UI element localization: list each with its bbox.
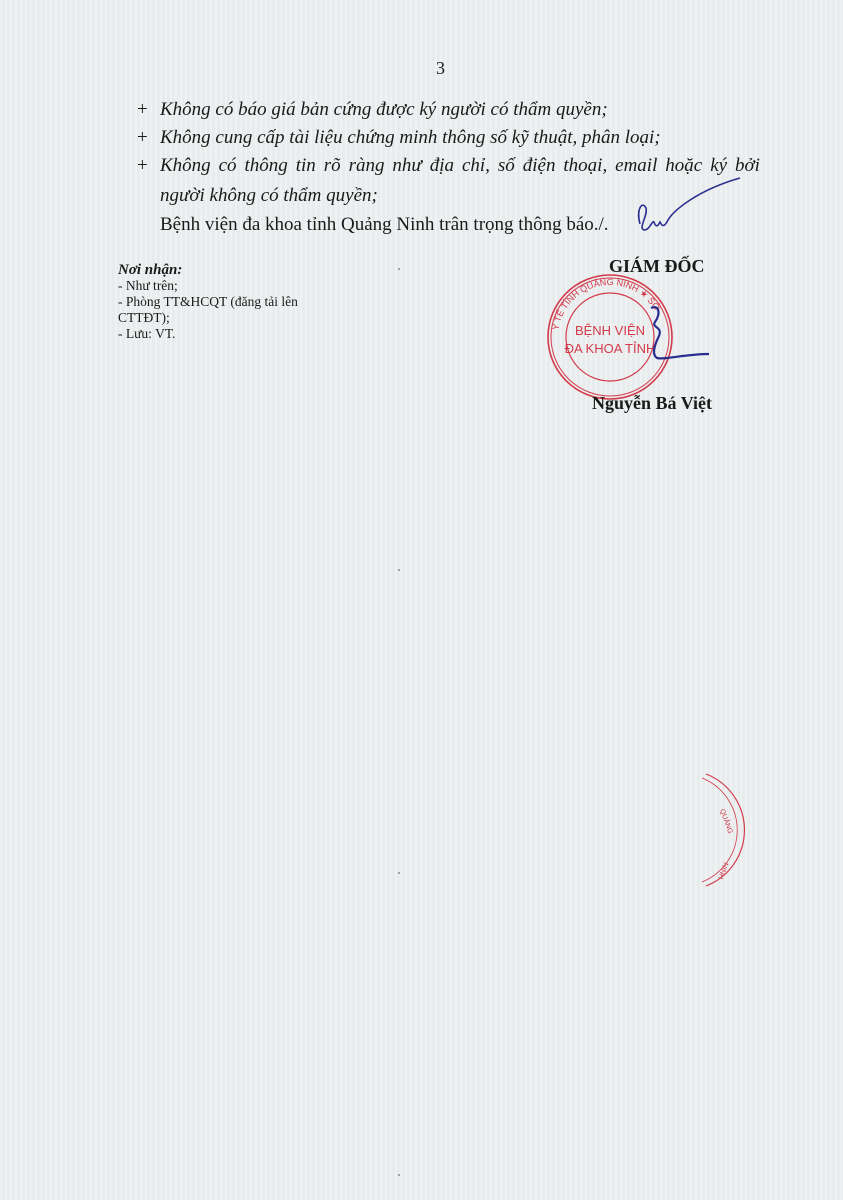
scan-speck [398, 268, 400, 270]
signer-name: Nguyễn Bá Việt [592, 393, 712, 414]
bullet-text: Không cung cấp tài liệu chứng minh thông… [160, 127, 661, 148]
scan-speck [398, 872, 400, 874]
recipient-item: - Lưu: VT. [118, 326, 298, 342]
scan-speck [398, 569, 400, 571]
stamp-line-1: BỆNH VIỆN [575, 323, 645, 338]
bullet-item: +Không có báo giá bản cứng được ký người… [137, 99, 608, 121]
partial-stamp-text: NINH [716, 861, 728, 879]
bullet-continuation: người không có thẩm quyền; [160, 185, 378, 207]
bullet-marker: + [137, 127, 160, 149]
director-signature [645, 300, 725, 370]
bullet-marker: + [137, 155, 160, 177]
partial-stamp-text: QUẢNG [718, 808, 735, 835]
recipients-block: Nơi nhận: - Như trên; - Phòng TT&HCQT (đ… [118, 262, 298, 342]
initial-signature [628, 170, 748, 240]
page-number: 3 [436, 58, 445, 79]
bullet-text: Không có báo giá bản cứng được ký người … [160, 99, 608, 120]
partial-stamp: QUẢNG NINH [700, 770, 760, 890]
recipient-item: CTTĐT); [118, 310, 298, 326]
closing-statement: Bệnh viện đa khoa tỉnh Quảng Ninh trân t… [160, 214, 609, 236]
recipient-item: - Phòng TT&HCQT (đăng tải lên [118, 294, 298, 310]
scan-speck [398, 1174, 400, 1176]
recipient-item: - Như trên; [118, 278, 298, 294]
recipients-title: Nơi nhận: [118, 262, 298, 278]
bullet-marker: + [137, 99, 160, 121]
stamp-line-2: ĐA KHOA TỈNH [565, 341, 656, 356]
bullet-item: +Không cung cấp tài liệu chứng minh thôn… [137, 127, 661, 149]
